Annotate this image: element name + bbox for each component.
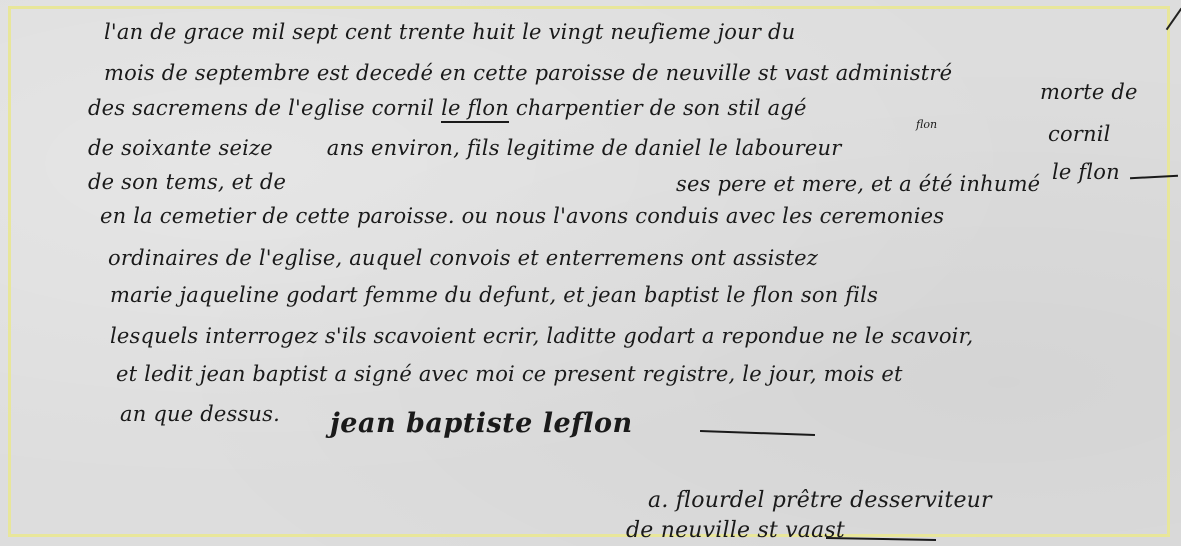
line-3-suffix: charpentier de son stil agé (516, 96, 807, 120)
record-line-4: de soixante seize ans environ, fils legi… (88, 138, 842, 159)
record-line-9: lesquels interrogez s'ils scavoient ecri… (110, 326, 973, 347)
line-4-prefix: de soixante seize (88, 136, 273, 160)
record-line-1: l'an de grace mil sept cent trente huit … (104, 22, 795, 43)
witness-signature: jean baptiste leflon (330, 410, 633, 437)
interlinear-insert-flon: flon (916, 118, 937, 131)
record-line-8: marie jaqueline godart femme du defunt, … (110, 285, 878, 306)
priest-signature-line-1: a. flourdel prêtre desserviteur (648, 490, 992, 512)
priest-signature-line-2: de neuville st vaast (626, 520, 845, 542)
margin-note-line-2: cornil (1048, 124, 1111, 145)
line-3-prefix: des sacremens de l'eglise cornil (88, 96, 434, 120)
margin-note-line-1: morte de (1040, 82, 1138, 103)
record-line-5b: ses pere et mere, et a été inhumé (676, 174, 1040, 195)
record-line-7: ordinaires de l'eglise, auquel convois e… (108, 248, 818, 269)
line-4-suffix: ans environ, fils legitime de daniel le … (327, 136, 842, 160)
record-line-6: en la cemetier de cette paroisse. ou nou… (100, 206, 944, 227)
record-line-2: mois de septembre est decedé en cette pa… (104, 63, 952, 84)
margin-note-underline (1130, 175, 1178, 180)
record-line-5: de son tems, et de (88, 172, 286, 193)
scanned-document-page: l'an de grace mil sept cent trente huit … (0, 0, 1181, 546)
selection-frame (8, 6, 1170, 537)
record-line-11: an que dessus. (120, 404, 280, 425)
signature-flourish (700, 430, 815, 436)
margin-stroke (1166, 8, 1181, 30)
margin-note-line-3: le flon (1052, 162, 1120, 183)
deceased-name-underlined: le flon (441, 96, 509, 123)
record-line-10: et ledit jean baptist a signé avec moi c… (116, 364, 903, 385)
record-line-3: des sacremens de l'eglise cornil le flon… (88, 98, 807, 119)
